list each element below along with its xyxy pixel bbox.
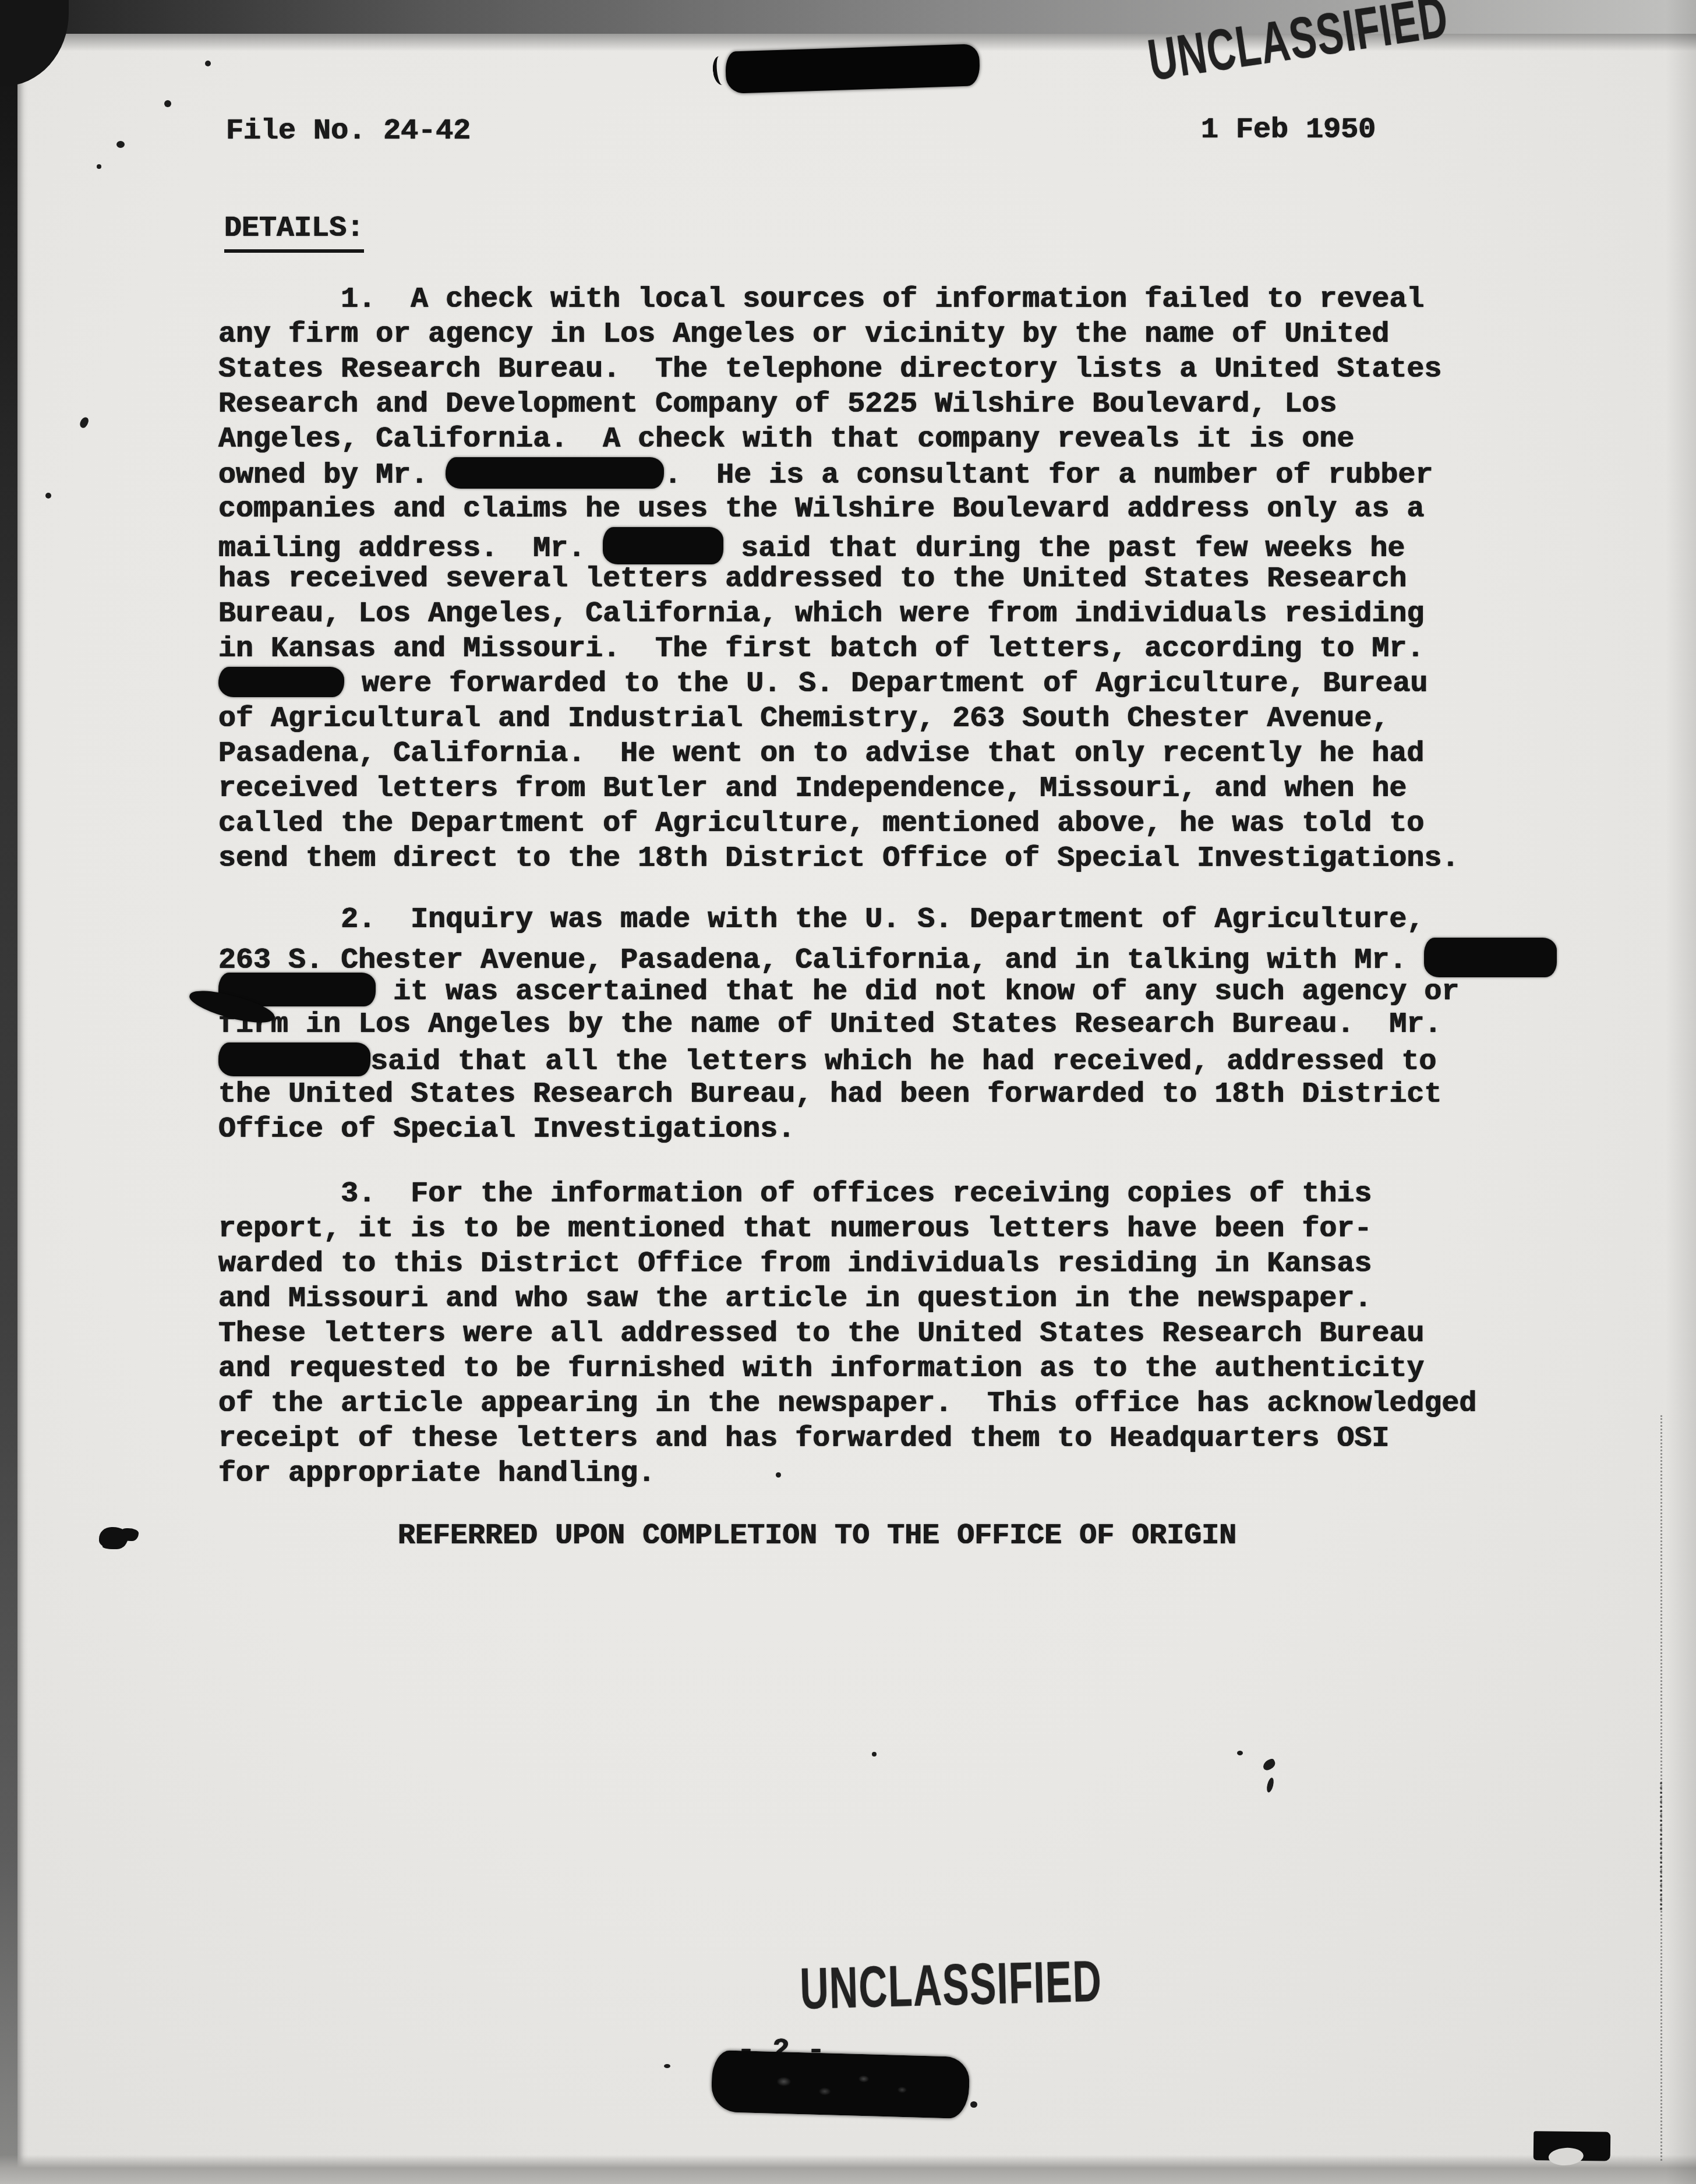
paragraph-1: 1. A check with local sources of informa…	[218, 282, 1459, 877]
redaction-bar	[446, 457, 664, 489]
text-run: Bureau, Los Angeles, California, which w…	[218, 598, 1424, 631]
ink-speck	[1266, 1777, 1275, 1793]
ink-speck	[79, 416, 89, 429]
text-line: companies and claims he uses the Wilshir…	[218, 492, 1459, 527]
ink-speck	[872, 1752, 877, 1757]
text-line: received letters from Butler and Indepen…	[218, 772, 1459, 807]
text-run: warded to this District Office from indi…	[218, 1248, 1372, 1281]
scan-corner-shadow	[0, 0, 69, 86]
text-line: warded to this District Office from indi…	[218, 1247, 1476, 1282]
text-line: mailing address. Mr. said that during th…	[218, 527, 1459, 562]
ink-speck	[97, 164, 101, 169]
text-run: and Missouri and who saw the article in …	[218, 1282, 1372, 1316]
text-run: in Kansas and Missouri. The first batch …	[218, 632, 1424, 666]
text-run: These letters were all addressed to the …	[218, 1317, 1424, 1351]
text-run: said that during the past few weeks he	[723, 532, 1405, 566]
text-run: Office of Special Investigations.	[218, 1113, 795, 1146]
corner-ink-mark	[1534, 2131, 1611, 2161]
text-line: receipt of these letters and has forward…	[218, 1422, 1476, 1457]
text-line: said that all the letters which he had r…	[218, 1042, 1557, 1077]
ink-speck	[164, 100, 171, 107]
text-run: called the Department of Agriculture, me…	[218, 807, 1424, 840]
text-line: send them direct to the 18th District Of…	[218, 842, 1459, 877]
redaction-bar	[218, 1042, 370, 1076]
redaction-bar	[1424, 938, 1557, 977]
details-heading: DETAILS:	[224, 211, 364, 253]
text-line: of the article appearing in the newspape…	[218, 1387, 1476, 1422]
paragraph-3: 3. For the information of offices receiv…	[218, 1177, 1476, 1492]
text-line: and Missouri and who saw the article in …	[218, 1282, 1476, 1317]
text-run: send them direct to the 18th District Of…	[218, 842, 1459, 875]
text-line: were forwarded to the U. S. Department o…	[218, 667, 1459, 702]
text-line: 263 S. Chester Avenue, Pasadena, Califor…	[218, 938, 1557, 973]
text-line: has received several letters addressed t…	[218, 562, 1459, 597]
text-line: Angeles, California. A check with that c…	[218, 422, 1459, 457]
text-line: report, it is to be mentioned that numer…	[218, 1212, 1476, 1247]
text-run: receipt of these letters and has forward…	[218, 1422, 1389, 1455]
ink-blot	[99, 1527, 128, 1549]
text-run: any firm or agency in Los Angeles or vic…	[218, 318, 1389, 351]
ink-speck	[45, 493, 51, 499]
text-run: firm in Los Angeles by the name of Unite…	[218, 1008, 1441, 1041]
document-date: 1 Feb 1950	[1201, 113, 1376, 148]
file-number: File No. 24-42	[226, 114, 471, 149]
text-run: for appropriate handling.	[218, 1457, 655, 1490]
text-line: States Research Bureau. The telephone di…	[218, 352, 1459, 387]
ink-speck	[1262, 1758, 1277, 1772]
text-line: Bureau, Los Angeles, California, which w…	[218, 597, 1459, 632]
text-run: it was ascertained that he did not know …	[376, 976, 1459, 1009]
text-line: of Agricultural and Industrial Chemistry…	[218, 702, 1459, 737]
text-line: firm in Los Angeles by the name of Unite…	[218, 1008, 1557, 1042]
text-line: Office of Special Investigations.	[218, 1112, 1557, 1147]
text-line: and requested to be furnished with infor…	[218, 1352, 1476, 1387]
redaction-bar-header	[725, 44, 980, 94]
redaction-bar	[218, 973, 376, 1006]
text-line: called the Department of Agriculture, me…	[218, 807, 1459, 842]
text-run: Angeles, California. A check with that c…	[218, 423, 1354, 456]
text-run: said that all the letters which he had r…	[370, 1045, 1436, 1079]
text-line: the United States Research Bureau, had b…	[218, 1077, 1557, 1112]
text-line: 1. A check with local sources of informa…	[218, 282, 1459, 317]
text-run: mailing address. Mr.	[218, 532, 603, 566]
text-line: Research and Development Company of 5225…	[218, 387, 1459, 422]
text-run: were forwarded to the U. S. Department o…	[344, 667, 1428, 701]
scan-left-edge	[0, 0, 17, 2184]
text-line: in Kansas and Missouri. The first batch …	[218, 632, 1459, 667]
ink-speck	[970, 2101, 977, 2108]
text-line: for appropriate handling.	[218, 1457, 1476, 1492]
page-fold-line-dark	[1660, 1782, 1662, 1910]
text-run: 3. For the information of offices receiv…	[218, 1178, 1372, 1211]
redaction-bar-footer	[711, 2050, 970, 2119]
text-run: owned by Mr.	[218, 459, 446, 492]
ink-speck	[664, 2064, 670, 2068]
document-page: File No. 24-42 1 Feb 1950 UNCLASSIFIED D…	[0, 0, 1696, 2184]
text-line: 2. Inquiry was made with the U. S. Depar…	[218, 903, 1557, 938]
text-run: Research and Development Company of 5225…	[218, 388, 1337, 421]
ink-speck	[116, 141, 125, 148]
details-heading-text: DETAILS:	[224, 211, 364, 253]
text-run: States Research Bureau. The telephone di…	[218, 353, 1441, 386]
text-line: These letters were all addressed to the …	[218, 1317, 1476, 1352]
text-run: 2. Inquiry was made with the U. S. Depar…	[218, 903, 1424, 936]
text-run: of the article appearing in the newspape…	[218, 1387, 1476, 1420]
text-run: 1. A check with local sources of informa…	[218, 283, 1424, 316]
text-line: any firm or agency in Los Angeles or vic…	[218, 317, 1459, 352]
redaction-bar	[603, 527, 723, 564]
text-line: it was ascertained that he did not know …	[218, 973, 1557, 1008]
text-run: report, it is to be mentioned that numer…	[218, 1213, 1372, 1246]
redaction-bar	[218, 667, 344, 697]
text-run: companies and claims he uses the Wilshir…	[218, 493, 1424, 526]
text-run: the United States Research Bureau, had b…	[218, 1078, 1441, 1111]
text-run: Pasadena, California. He went on to advi…	[218, 737, 1424, 771]
text-run: of Agricultural and Industrial Chemistry…	[218, 702, 1389, 736]
text-run: and requested to be furnished with infor…	[218, 1352, 1424, 1386]
scan-right-shade	[1666, 0, 1696, 2184]
ink-speck	[205, 61, 211, 66]
referred-line: REFERRED UPON COMPLETION TO THE OFFICE O…	[398, 1519, 1236, 1554]
text-line: Pasadena, California. He went on to advi…	[218, 737, 1459, 772]
text-run: received letters from Butler and Indepen…	[218, 772, 1407, 805]
text-line: owned by Mr. . He is a consultant for a …	[218, 457, 1459, 492]
scan-bottom-edge	[0, 2155, 1696, 2184]
unclassified-stamp-bottom: UNCLASSIFIED	[799, 1948, 1103, 2023]
text-run: . He is a consultant for a number of rub…	[664, 459, 1433, 492]
text-line: 3. For the information of offices receiv…	[218, 1177, 1476, 1212]
text-run: has received several letters addressed t…	[218, 563, 1407, 596]
paragraph-2: 2. Inquiry was made with the U. S. Depar…	[218, 903, 1557, 1147]
ink-speck	[1237, 1751, 1243, 1755]
